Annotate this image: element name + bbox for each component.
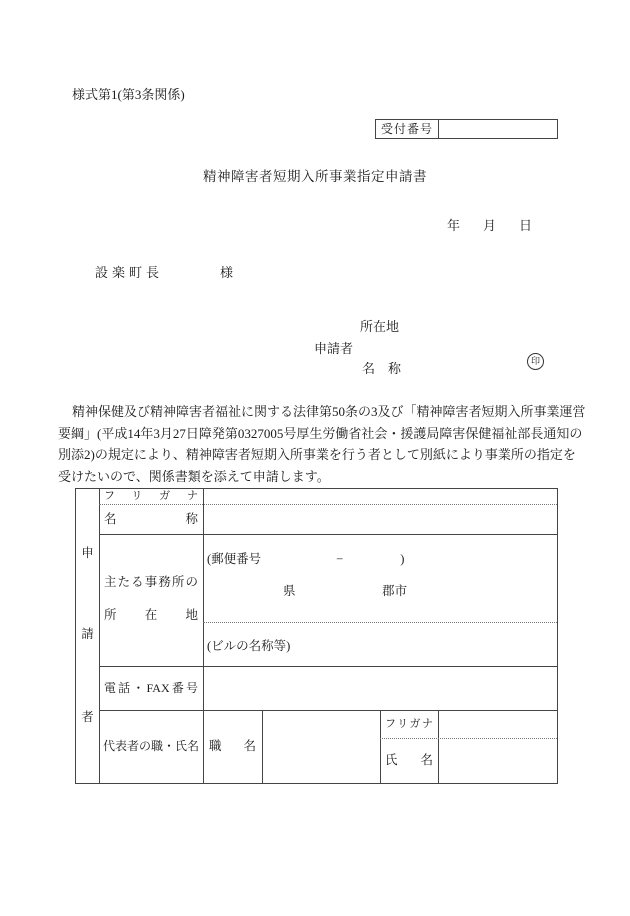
representative-job-label: 職名 [203,710,262,783]
side-label-char: 申 [76,543,99,561]
body-line: 別添2)の規定により、精神障害者短期入所事業を行う者として別紙により事業所の指定… [58,444,574,466]
name-value-cell [203,504,557,534]
representative-name-label: 氏名 [380,738,438,783]
application-form-page: 様式第1(第3条関係) 受付番号 精神障害者短期入所事業指定申請書 年 月 日 … [0,0,630,916]
addressee-honorific: 様 [220,262,233,281]
representative-furigana-label: フリガナ [380,710,438,738]
applicant-table: 申 請 者 フリガナ 名称 主たる事務所の 所在地 (郵便番号−) 県 郡市 (… [75,488,558,784]
reception-number-box: 受付番号 [375,119,558,139]
addressee-name: 設楽町長 [95,262,163,281]
office-label-line2: 所在地 [99,605,203,621]
office-label-line1: 主たる事務所の [99,572,203,588]
postal-dash: − [336,552,343,566]
seal-mark-icon: 印 [527,353,544,370]
representative-label: 代表者の職・氏名 [99,710,203,783]
table-divider [99,534,557,535]
representative-job-value-cell [262,710,380,783]
date-year-label: 年 [447,215,460,234]
postal-code-line: (郵便番号−) [207,549,404,567]
date-line: 年 月 日 [447,215,532,234]
postal-close-label: ) [400,552,404,566]
name-label: 名称 [99,504,203,534]
form-reference: 様式第1(第3条関係) [72,84,185,103]
side-label-char: 者 [76,707,99,725]
date-day-label: 日 [519,215,532,234]
table-dotted-divider [203,622,557,623]
reception-number-value [439,120,557,138]
furigana-value-cell [203,489,557,504]
body-paragraph: 精神保健及び精神障害者福祉に関する法律第50条の3及び「精神障害者短期入所事業運… [58,401,574,488]
body-line: 要綱」(平成14年3月27日障発第0327005号厚生労働省社会・援護局障害保健… [58,423,574,445]
phone-fax-value-cell [203,666,557,710]
phone-fax-label: 電話・FAX番号 [99,666,203,710]
district-suffix-label: 郡市 [382,581,407,599]
side-label-char: 請 [76,624,99,642]
applicant-name-label: 名 称 [362,358,401,377]
body-line: 精神保健及び精神障害者福祉に関する法律第50条の3及び「精神障害者短期入所事業運… [58,401,574,423]
prefecture-suffix-label: 県 [283,581,296,599]
body-line: 受けたいので、関係書類を添えて申請します。 [58,466,574,488]
postal-open-label: (郵便番号 [207,552,261,566]
building-name-note: (ビルの名称等) [207,636,290,654]
applicant-address-label: 所在地 [360,316,399,335]
representative-name-value-cell [438,710,557,783]
date-month-label: 月 [483,215,496,234]
page-title: 精神障害者短期入所事業指定申請書 [0,165,630,185]
applicant-role-label: 申請者 [314,338,353,357]
furigana-label: フリガナ [99,489,203,504]
reception-number-label: 受付番号 [376,120,439,138]
